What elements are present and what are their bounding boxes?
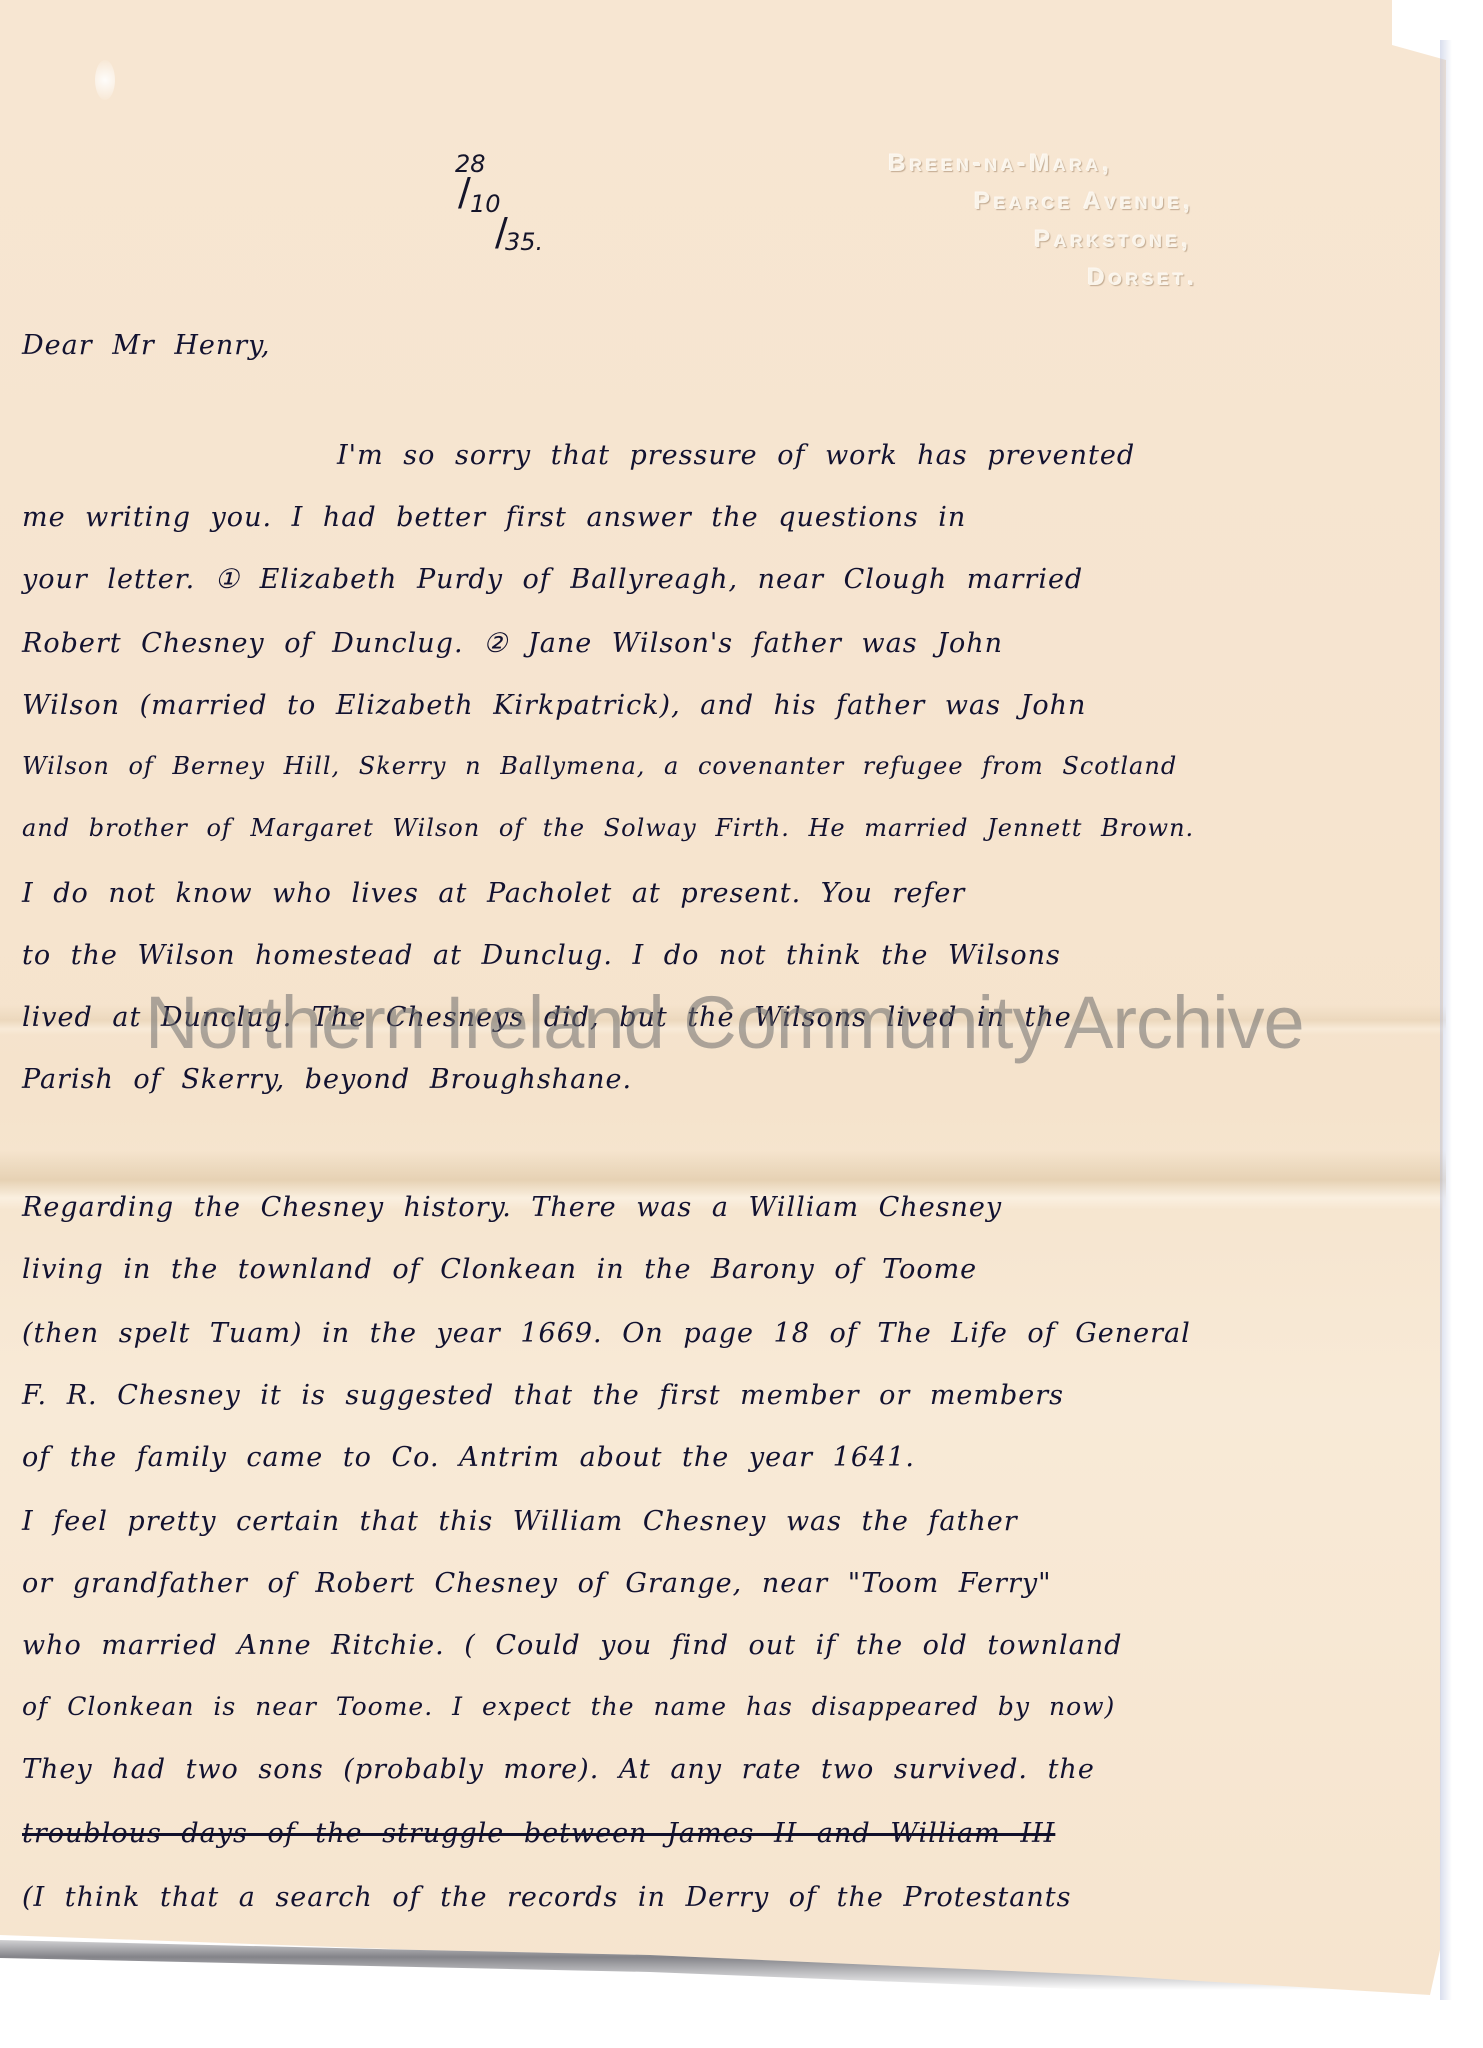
- body-line: (then spelt Tuam) in the year 1669. On p…: [22, 1318, 1191, 1349]
- body-line: Robert Chesney of Dunclug. ② Jane Wilson…: [22, 628, 1003, 659]
- body-line: (I think that a search of the records in…: [22, 1882, 1071, 1913]
- body-line: Wilson of Berney Hill, Skerry n Ballymen…: [22, 752, 1177, 780]
- letterhead-street: Pearce Avenue,: [888, 183, 1194, 221]
- body-line: of the family came to Co. Antrim about t…: [22, 1442, 915, 1473]
- struck-through-line: troublous days of the struggle between J…: [22, 1818, 1055, 1849]
- letterhead-town: Parkstone,: [888, 221, 1192, 259]
- body-line: F. R. Chesney it is suggested that the f…: [22, 1380, 1064, 1411]
- embossed-letterhead: Breen-na-Mara, Pearce Avenue, Parkstone,…: [888, 145, 1198, 297]
- body-line: who married Anne Ritchie. ( Could you fi…: [22, 1630, 1122, 1661]
- paper-blemish: [95, 60, 115, 100]
- body-line: They had two sons (probably more). At an…: [22, 1754, 1095, 1785]
- body-line: Regarding the Chesney history. There was…: [22, 1192, 1002, 1223]
- body-line: Wilson (married to Elizabeth Kirkpatrick…: [22, 690, 1086, 721]
- body-line: to the Wilson homestead at Dunclug. I do…: [22, 940, 1061, 971]
- date-year: 35.: [505, 228, 543, 256]
- body-line: living in the townland of Clonkean in th…: [22, 1254, 977, 1285]
- salutation: Dear Mr Henry,: [22, 330, 270, 361]
- date-slash: /: [458, 170, 471, 214]
- letterhead-house: Breen-na-Mara,: [888, 145, 1113, 183]
- body-line: of Clonkean is near Toome. I expect the …: [22, 1692, 1115, 1721]
- letterhead-county: Dorset.: [888, 259, 1198, 297]
- body-line: your letter. ① Elizabeth Purdy of Ballyr…: [22, 564, 1083, 595]
- body-line: I do not know who lives at Pacholet at p…: [22, 878, 965, 909]
- body-line: I feel pretty certain that this William …: [22, 1506, 1018, 1537]
- paper-right-shadow: [1440, 40, 1452, 2000]
- body-line: I'm so sorry that pressure of work has p…: [337, 440, 1135, 471]
- body-line: or grandfather of Robert Chesney of Gran…: [22, 1568, 1052, 1599]
- body-line: and brother of Margaret Wilson of the So…: [22, 814, 1194, 842]
- body-line: Parish of Skerry, beyond Broughshane.: [22, 1064, 632, 1095]
- body-line: me writing you. I had better first answe…: [22, 502, 966, 533]
- archive-watermark: Northern Ireland Community Archive: [145, 980, 1304, 1065]
